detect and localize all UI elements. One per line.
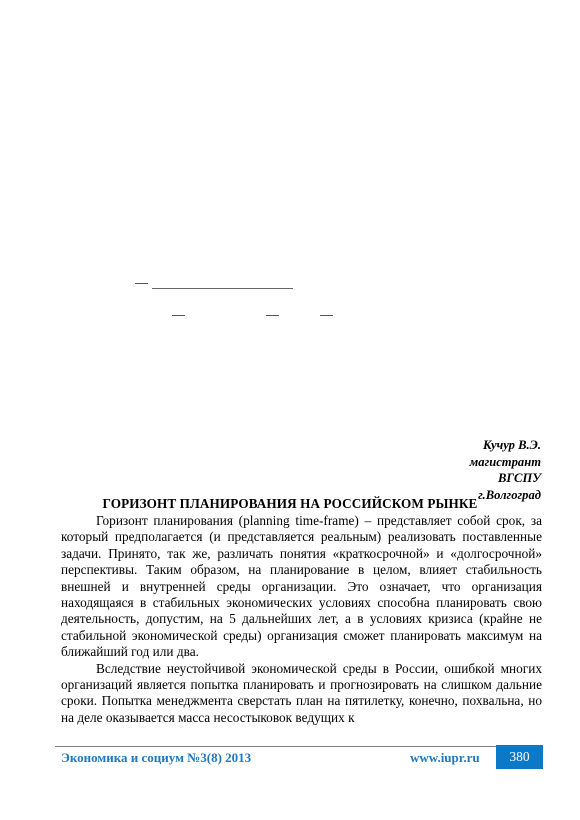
journal-url[interactable]: www.iupr.ru [410,750,480,766]
artifact-dash-3 [266,315,279,316]
journal-name: Экономика и социум №3(8) 2013 [61,750,251,766]
article-title: ГОРИЗОНТ ПЛАНИРОВАНИЯ НА РОССИЙСКОМ РЫНК… [0,496,580,512]
paragraph: Вследствие неустойчивой экономической ср… [61,661,542,727]
author-institution: ВГСПУ [470,470,541,487]
paragraph: Горизонт планирования (planning time-fra… [61,513,542,661]
artifact-dash-1 [135,283,148,284]
author-position: магистрант [470,454,541,471]
author-block: Кучур В.Э. магистрант ВГСПУ г.Волгоград [470,437,541,503]
artifact-line [152,288,293,289]
author-name: Кучур В.Э. [470,437,541,454]
artifact-dash-4 [320,315,333,316]
article-body: Горизонт планирования (planning time-fra… [61,513,542,726]
artifact-dash-2 [172,315,185,316]
page-number-badge: 380 [496,745,543,769]
footer-divider [55,746,543,747]
